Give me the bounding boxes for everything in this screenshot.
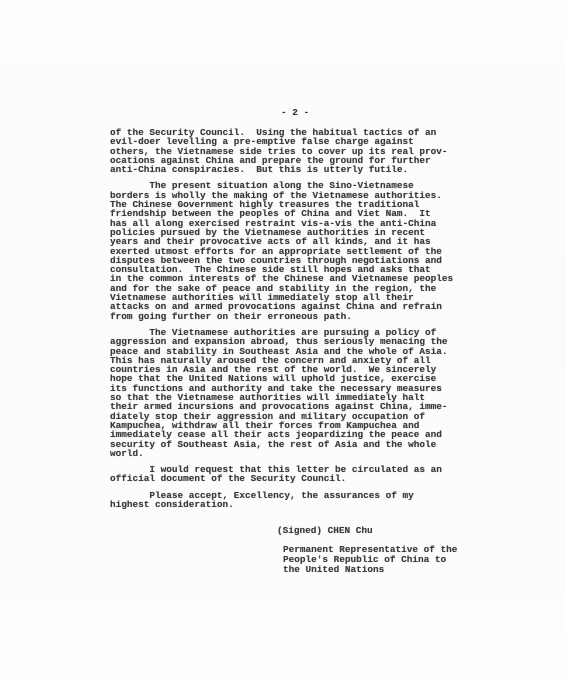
page-number: - 2 - [281,108,309,117]
paragraph-circulation-request: I would request that this letter be circ… [110,465,470,484]
signature-title-block: Permanent Representative of the People's… [283,545,457,574]
paragraph-continuation: of the Security Council. Using the habit… [110,128,470,174]
paragraph-present-situation: The present situation along the Sino-Vie… [110,181,470,320]
document-page: - 2 - of the Security Council. Using the… [0,0,566,679]
letter-body: of the Security Council. Using the habit… [110,128,470,516]
signature-signed-line: (Signed) CHEN Chu [277,526,373,535]
paragraph-closing-courtesy: Please accept, Excellency, the assurance… [110,491,470,510]
paragraph-vietnamese-policy: The Vietnamese authorities are pursuing … [110,328,470,458]
